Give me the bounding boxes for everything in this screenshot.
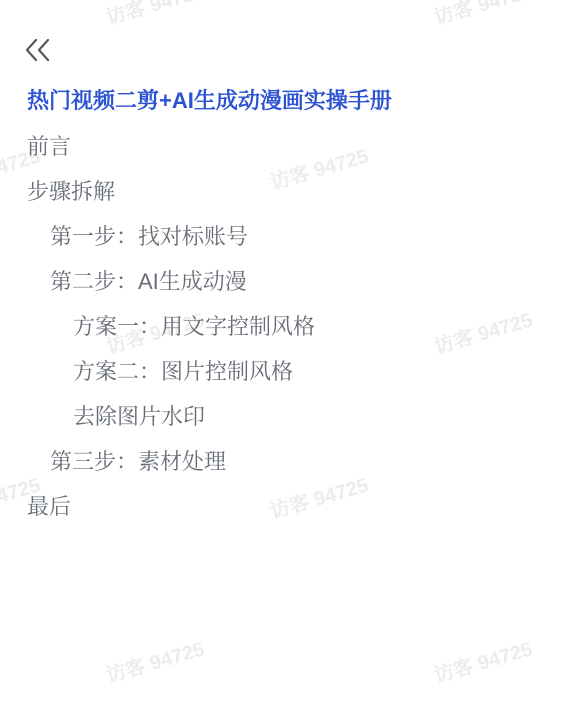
outline-list: 前言步骤拆解第一步：找对标账号第二步：AI生成动漫方案一：用文字控制风格方案二：… (0, 123, 583, 528)
outline-item[interactable]: 步骤拆解 (0, 168, 583, 213)
outline-item[interactable]: 方案一：用文字控制风格 (0, 303, 583, 348)
outline-item[interactable]: 方案二：图片控制风格 (0, 348, 583, 393)
watermark-text: 访客 94725 (430, 633, 535, 689)
collapse-outline-button[interactable] (24, 36, 56, 64)
outline-item[interactable]: 第二步：AI生成动漫 (0, 258, 583, 303)
outline-item[interactable]: 前言 (0, 123, 583, 168)
watermark-text: 访客 94725 (102, 0, 207, 30)
double-chevron-left-icon (24, 37, 52, 63)
watermark-text: 访客 94725 (102, 633, 207, 689)
watermark-text: 访客 94725 (430, 0, 535, 30)
doc-title[interactable]: 热门视频二剪+AI生成动漫画实操手册 (27, 87, 563, 115)
outline-item[interactable]: 去除图片水印 (0, 393, 583, 438)
outline-item[interactable]: 第三步：素材处理 (0, 438, 583, 483)
outline-panel: 访客 94725访客 94725访客 94725访客 94725访客 94725… (0, 0, 583, 726)
outline-item[interactable]: 第一步：找对标账号 (0, 213, 583, 258)
outline-item[interactable]: 最后 (0, 483, 583, 528)
